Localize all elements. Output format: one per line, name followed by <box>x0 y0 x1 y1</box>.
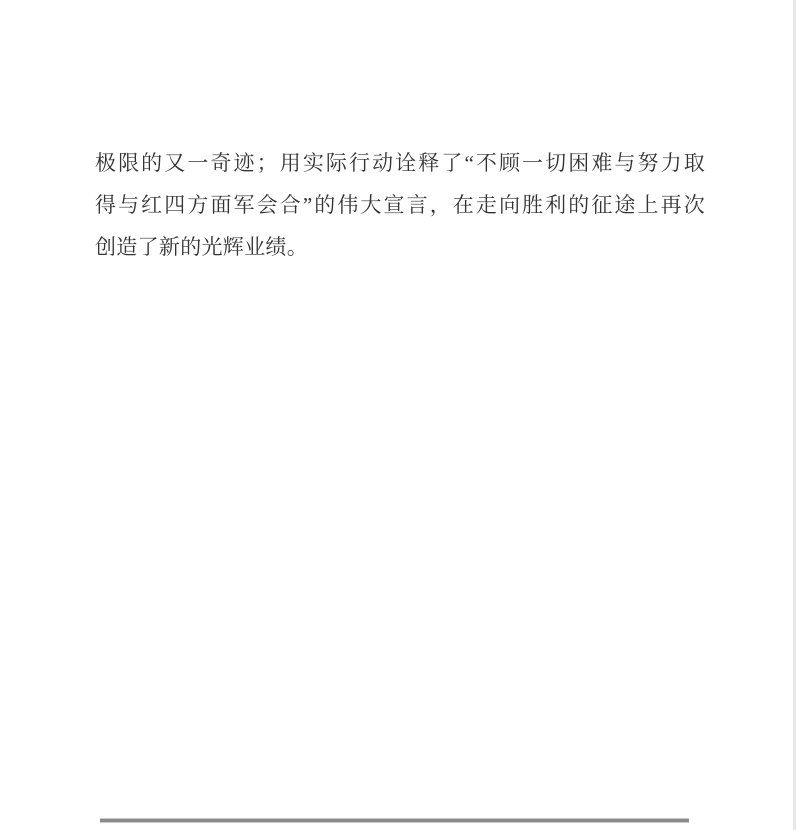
paragraph-line-3: 创造了新的光辉业绩。 <box>95 226 705 268</box>
paragraph-line-2: 得与红四方面军会合”的伟大宣言，在走向胜利的征途上再次 <box>95 184 705 226</box>
paragraph: 极限的又一奇迹；用实际行动诠释了“不顾一切困难与努力取 得与红四方面军会合”的伟… <box>95 142 705 268</box>
footnote-separator-line <box>100 819 689 822</box>
document-page: 极限的又一奇迹；用实际行动诠释了“不顾一切困难与努力取 得与红四方面军会合”的伟… <box>0 0 800 830</box>
page-right-edge <box>793 0 796 830</box>
paragraph-line-1: 极限的又一奇迹；用实际行动诠释了“不顾一切困难与努力取 <box>95 142 705 184</box>
